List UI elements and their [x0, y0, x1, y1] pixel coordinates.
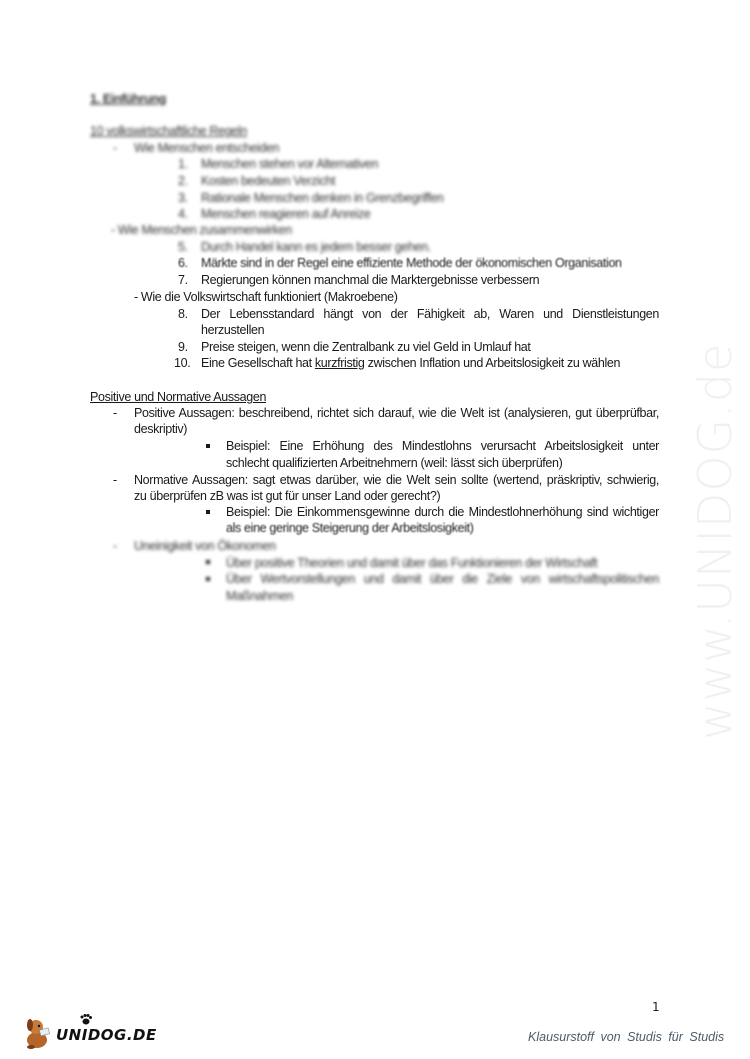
example-cont: schlecht qualifizierten Arbeitnehmern (w…: [226, 455, 562, 471]
normative-statement-cont: zu überprüfen zB was ist gut für unser L…: [134, 488, 440, 504]
unidog-logo: UNIDOG.DE: [22, 1014, 162, 1050]
list-number: 6.: [178, 255, 188, 271]
chapter-heading: 1. Einführung: [90, 91, 166, 107]
list-dash: -: [113, 140, 117, 156]
disagreement-sub: Über Wertvorstellungen und damit über di…: [226, 571, 659, 587]
list-dash: -: [113, 405, 117, 421]
paw-icon: [80, 1014, 92, 1025]
list-item: Preise steigen, wenn die Zentralbank zu …: [201, 339, 531, 355]
footer-tagline: Klausurstoff von Studis für Studis: [528, 1030, 724, 1044]
example: Beispiel: Eine Erhöhung des Mindestlohns…: [226, 438, 659, 454]
list-number: 4.: [178, 206, 188, 222]
section-title-statements: Positive und Normative Aussagen: [90, 389, 266, 405]
list-item-continuation: herzustellen: [201, 322, 264, 338]
list-number: 8.: [178, 306, 188, 322]
square-bullet-icon: [206, 560, 210, 564]
list-item: Durch Handel kann es jedem besser gehen.: [201, 239, 431, 255]
normative-statement: Normative Aussagen: sagt etwas darüber, …: [134, 472, 659, 488]
list-number: 9.: [178, 339, 188, 355]
list-item: Eine Gesellschaft hat kurzfristig zwisch…: [201, 355, 620, 371]
section-title-rules: 10 volkswirtschaftliche Regeln: [90, 123, 247, 139]
list-dash: -: [113, 472, 117, 488]
positive-statement-cont: deskriptiv): [134, 421, 187, 437]
list-number: 7.: [178, 272, 188, 288]
list-number: 10.: [174, 355, 190, 371]
list-item: Menschen reagieren auf Anreize: [201, 206, 370, 222]
list-number: 2.: [178, 173, 188, 189]
square-bullet-icon: [206, 577, 210, 581]
watermark: www.UNIDOG.de: [688, 343, 742, 740]
square-bullet-icon: [206, 510, 210, 514]
square-bullet-icon: [206, 444, 210, 448]
list-dash: -: [113, 538, 117, 554]
document-page: www.UNIDOG.de 1. Einführung 10 volkswirt…: [0, 0, 750, 1059]
group-label: Wie Menschen entscheiden: [134, 140, 279, 156]
list-item: Märkte sind in der Regel eine effiziente…: [201, 255, 622, 271]
list-number: 1.: [178, 156, 188, 172]
list-number: 3.: [178, 190, 188, 206]
list-item: Regierungen können manchmal die Markterg…: [201, 272, 539, 288]
group-label: - Wie die Volkswirtschaft funktioniert (…: [134, 289, 398, 305]
list-item: Der Lebensstandard hängt von der Fähigke…: [201, 306, 659, 322]
list-item: Rationale Menschen denken in Grenzbegrif…: [201, 190, 444, 206]
logo-text: UNIDOG.DE: [56, 1026, 157, 1044]
disagreement-sub: Über positive Theorien und damit über da…: [226, 555, 597, 571]
example-cont: als eine geringe Steigerung der Arbeitsl…: [226, 520, 474, 536]
list-number: 5.: [178, 239, 188, 255]
disagreement-point: Uneinigkeit von Ökonomen: [134, 538, 276, 554]
example: Beispiel: Die Einkommensgewinne durch di…: [226, 504, 659, 520]
disagreement-sub-cont: Maßnahmen: [226, 588, 293, 604]
group-label: - Wie Menschen zusammenwirken: [111, 222, 292, 238]
list-item: Menschen stehen vor Alternativen: [201, 156, 378, 172]
page-number: 1: [652, 1000, 660, 1014]
list-item: Kosten bedeuten Verzicht: [201, 173, 335, 189]
positive-statement: Positive Aussagen: beschreibend, richtet…: [134, 405, 659, 421]
dog-mascot-icon: [22, 1014, 58, 1050]
